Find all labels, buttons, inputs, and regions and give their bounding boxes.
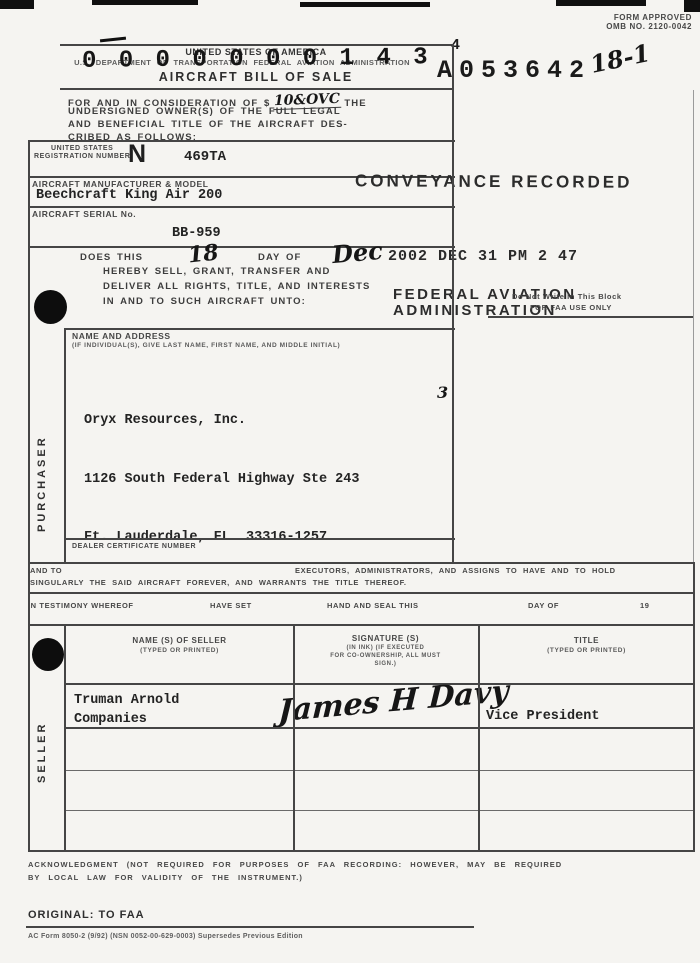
rule xyxy=(64,727,695,729)
registration-label-line1: UNITED STATES xyxy=(34,145,130,153)
rule xyxy=(478,624,480,852)
acknowledgment-note: ACKNOWLEDGMENT (NOT REQUIRED FOR PURPOSE… xyxy=(28,858,683,884)
seller-col2-note: (IN INK) (IF EXECUTED FOR CO-OWNERSHIP, … xyxy=(293,644,478,668)
rule xyxy=(488,316,694,318)
testimony-part2: HAVE SET xyxy=(210,601,252,610)
sell-clause-line3: IN AND TO SUCH AIRCRAFT UNTO: xyxy=(103,296,306,307)
form-id-line: AC Form 8050-2 (9/92) (NSN 0052-00-629-0… xyxy=(28,933,303,940)
sell-clause-line1: HEREBY SELL, GRANT, TRANSFER AND xyxy=(103,266,330,277)
serial-value: BB-959 xyxy=(172,226,221,241)
seller-col1-note: (TYPED OR PRINTED) xyxy=(66,647,293,654)
scan-artifact-bar xyxy=(556,0,646,6)
original-to-faa: ORIGINAL: TO FAA xyxy=(28,909,145,921)
doc-number-stamp: A053642 xyxy=(437,56,591,85)
consideration-suffix: THE xyxy=(344,98,366,109)
omb-approval-line2: OMB NO. 2120-0042 xyxy=(540,22,692,31)
sell-clause-line2: DELIVER ALL RIGHTS, TITLE, AND INTERESTS xyxy=(103,281,370,292)
rule xyxy=(60,88,452,90)
registration-label: UNITED STATES REGISTRATION NUMBER xyxy=(34,145,130,161)
date-stamp: 2002 DEC 31 PM 2 47 xyxy=(388,248,578,265)
testimony-part4: DAY OF xyxy=(528,601,559,610)
manufacturer-value: Beechcraft King Air 200 xyxy=(36,188,222,203)
handwritten-day: 18 xyxy=(187,239,220,268)
scanned-aircraft-bill-of-sale: FORM APPROVED OMB NO. 2120-0042 UNITED S… xyxy=(0,0,700,963)
purchaser-address-1: 1126 South Federal Highway Ste 243 xyxy=(84,470,359,490)
rule xyxy=(26,926,474,928)
transfer-clause-right: EXECUTORS, ADMINISTRATORS, AND ASSIGNS T… xyxy=(295,566,616,575)
rule xyxy=(693,90,694,562)
seller-name: Truman Arnold Companies xyxy=(74,691,179,729)
scan-artifact-bar xyxy=(300,2,430,7)
rule xyxy=(64,810,695,811)
testimony-part1: IN TESTIMONY WHEREOF xyxy=(28,601,134,610)
dealer-certificate-label: DEALER CERTIFICATE NUMBER xyxy=(72,543,196,550)
faa-use-only-label: FOR FAA USE ONLY xyxy=(530,303,612,312)
scan-artifact-bar xyxy=(0,0,34,9)
transfer-clause-and-to: AND TO xyxy=(30,566,62,575)
conveyance-recorded-stamp: CONVEYANCE RECORDED xyxy=(355,171,633,192)
seller-title: Vice President xyxy=(486,709,599,724)
rule xyxy=(28,624,695,626)
rule xyxy=(28,850,695,852)
rule xyxy=(28,592,695,594)
hole-punch-dot xyxy=(32,638,64,671)
testimony-part3: HAND AND SEAL THIS xyxy=(327,601,419,610)
do-not-write-label: Do Not Write In This Block xyxy=(512,292,622,301)
rule xyxy=(28,140,455,142)
rule xyxy=(28,206,455,208)
handwritten-month: Dec xyxy=(331,236,384,269)
purchaser-side-label: PURCHASER xyxy=(36,352,48,532)
scan-artifact-mark xyxy=(100,37,126,43)
purchaser-name: Oryx Resources, Inc. xyxy=(84,411,359,431)
omb-approval-line1: FORM APPROVED xyxy=(540,13,692,22)
hole-punch-dot xyxy=(34,290,67,324)
consideration-clause-line2: UNDERSIGNED OWNER(S) OF THE FULL LEGAL xyxy=(68,106,341,117)
rule xyxy=(64,538,455,540)
seller-col3-title: TITLE xyxy=(478,636,695,645)
rule xyxy=(28,562,695,564)
sell-clause-does-this: DOES THIS xyxy=(80,252,143,263)
seller-col3-note: (TYPED OR PRINTED) xyxy=(478,647,695,654)
rule xyxy=(64,624,66,852)
rule xyxy=(452,44,454,564)
handwritten-annotation: 18-1 xyxy=(588,38,653,79)
scan-artifact-bar xyxy=(92,0,198,5)
stray-handwritten-mark: 3 xyxy=(437,383,448,402)
consideration-clause-line3: AND BENEFICIAL TITLE OF THE AIRCRAFT DES… xyxy=(68,119,348,130)
registration-n-prefix: N xyxy=(128,140,146,169)
serial-label: AIRCRAFT SERIAL No. xyxy=(32,209,136,219)
rule xyxy=(693,562,695,852)
transfer-clause-line2: SINGULARLY THE SAID AIRCRAFT FOREVER, AN… xyxy=(30,578,407,587)
omb-approval: FORM APPROVED OMB NO. 2120-0042 xyxy=(540,13,692,31)
rule xyxy=(64,770,695,771)
stamped-serial-number: 0 0 0 0 0 0 0 1 4 3 xyxy=(82,44,432,75)
purchaser-address-block: Oryx Resources, Inc. 1126 South Federal … xyxy=(84,372,359,587)
seller-col1-title: NAME (S) OF SELLER xyxy=(66,636,293,645)
registration-number: 469TA xyxy=(184,149,226,165)
name-address-label: NAME AND ADDRESS xyxy=(72,331,171,341)
rule xyxy=(293,624,295,852)
rule xyxy=(64,328,66,562)
registration-label-line2: REGISTRATION NUMBER xyxy=(34,153,130,161)
seller-col2-title: SIGNATURE (S) xyxy=(293,634,478,643)
testimony-part5: 19 xyxy=(640,601,650,610)
sell-clause-day-of: DAY OF xyxy=(258,252,301,263)
seller-side-label: SELLER xyxy=(36,688,48,783)
name-address-note: (IF INDIVIDUAL(S), GIVE LAST NAME, FIRST… xyxy=(72,342,340,349)
rule xyxy=(28,140,30,852)
scan-artifact-bar xyxy=(684,0,700,12)
rule xyxy=(64,328,455,330)
